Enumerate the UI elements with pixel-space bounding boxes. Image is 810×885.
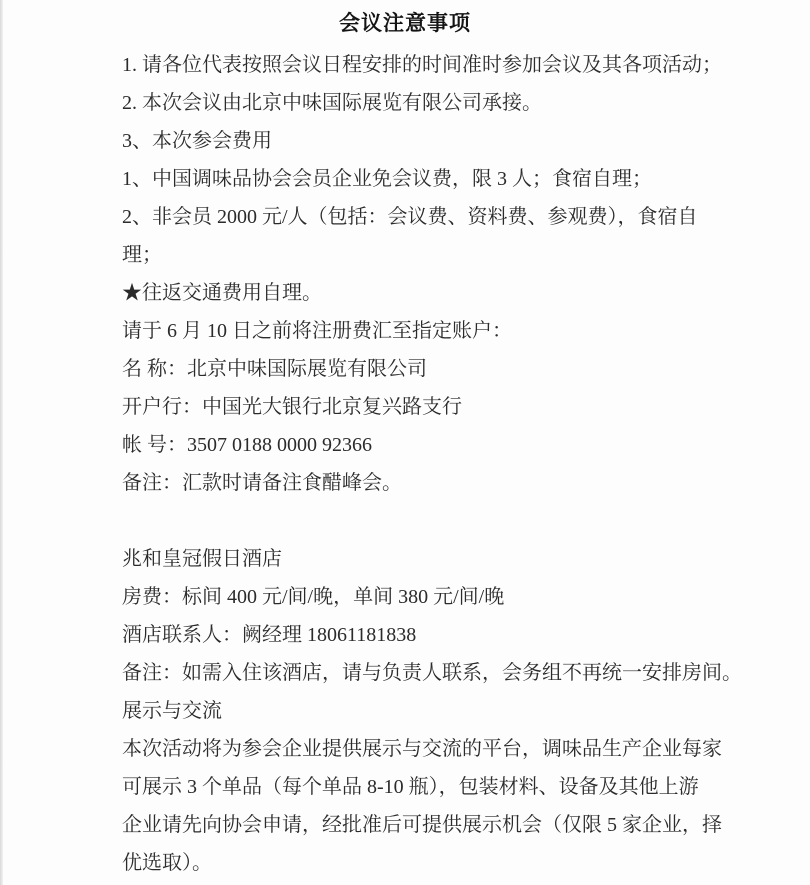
- text-line: 本次活动将为参会企业提供展示与交流的平台，调味品生产企业每家: [122, 730, 792, 768]
- text-line: 2、非会员 2000 元/人（包括：会议费、资料费、参观费），食宿自: [122, 198, 792, 236]
- text-line: 3、本次参会费用: [122, 122, 792, 160]
- text-line: 备注：如需入住该酒店，请与负责人联系，会务组不再统一安排房间。: [122, 654, 792, 692]
- text-line: 兆和皇冠假日酒店: [122, 540, 792, 578]
- document-page: 会议注意事项 1. 请各位代表按照会议日程安排的时间准时参加会议及其各项活动；2…: [0, 0, 810, 885]
- text-line: 可展示 3 个单品（每个单品 8-10 瓶），包装材料、设备及其他上游: [122, 768, 792, 806]
- text-line: [122, 502, 792, 540]
- text-line: 1. 请各位代表按照会议日程安排的时间准时参加会议及其各项活动；: [122, 46, 792, 84]
- text-line: 名 称：北京中味国际展览有限公司: [122, 350, 792, 388]
- text-line: 房费：标间 400 元/间/晚，单间 380 元/间/晚: [122, 578, 792, 616]
- text-line: 展示与交流: [122, 692, 792, 730]
- document-body: 1. 请各位代表按照会议日程安排的时间准时参加会议及其各项活动；2. 本次会议由…: [0, 43, 810, 882]
- text-line: ★往返交通费用自理。: [122, 274, 792, 312]
- text-line: 理；: [122, 236, 792, 274]
- text-line: 优选取）。: [122, 844, 792, 882]
- text-line: 开户行：中国光大银行北京复兴路支行: [122, 388, 792, 426]
- text-line: 请于 6 月 10 日之前将注册费汇至指定账户：: [122, 312, 792, 350]
- text-line: 企业请先向协会申请，经批准后可提供展示机会（仅限 5 家企业，择: [122, 806, 792, 844]
- text-line: 帐 号：3507 0188 0000 92366: [122, 426, 792, 464]
- document-title: 会议注意事项: [0, 0, 810, 43]
- text-line: 备注：汇款时请备注食醋峰会。: [122, 464, 792, 502]
- text-line: 1、中国调味品协会会员企业免会议费，限 3 人；食宿自理；: [122, 160, 792, 198]
- scan-edge-shadow: [0, 0, 3, 885]
- text-line: 酒店联系人：阙经理 18061181838: [122, 616, 792, 654]
- text-line: 2. 本次会议由北京中味国际展览有限公司承接。: [122, 84, 792, 122]
